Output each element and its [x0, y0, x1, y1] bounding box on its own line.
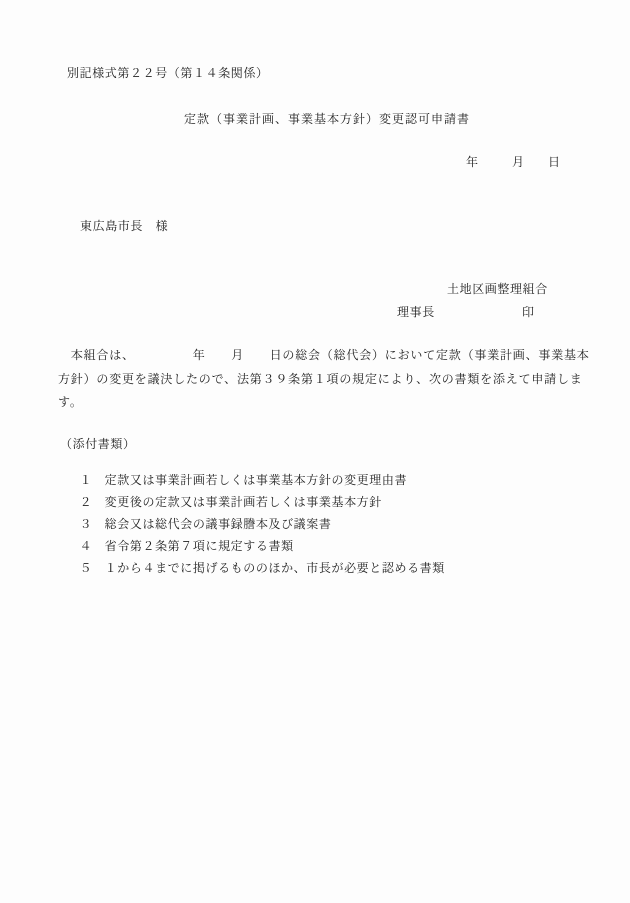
body-paragraph: 本組合は、 年 月 日の総会（総代会）において定款（事業計画、事業基本 方針）の…	[58, 344, 592, 415]
addressee: 東広島市長 様	[80, 219, 168, 233]
body-line: 本組合は、 年 月 日の総会（総代会）において定款（事業計画、事業基本	[58, 344, 592, 368]
applicant-role: 理事長	[397, 305, 435, 319]
body-line: す。	[58, 391, 592, 415]
date-line: 年 月 日	[0, 153, 630, 167]
document-page: 別記様式第２２号（第１４条関係） 定款（事業計画、事業基本方針）変更認可申請書 …	[0, 0, 630, 903]
document-title: 定款（事業計画、事業基本方針）変更認可申請書	[184, 112, 470, 126]
form-number: 別記様式第２２号（第１４条関係）	[67, 66, 269, 80]
date-day-label: 日	[548, 153, 561, 170]
attachments-heading: （添付書類）	[60, 437, 136, 451]
date-year-label: 年	[466, 153, 479, 170]
attachment-item-number: ５	[80, 561, 105, 575]
applicant-organization: 土地区画整理組合	[447, 282, 548, 296]
seal-mark: 印	[522, 305, 535, 319]
attachment-item: ５１から４までに掲げるもののほか、市長が必要と認める書類	[62, 547, 445, 589]
date-month-label: 月	[512, 153, 525, 170]
attachment-item-text: １から４までに掲げるもののほか、市長が必要と認める書類	[105, 561, 445, 575]
body-line: 方針）の変更を議決したので、法第３９条第１項の規定により、次の書類を添えて申請し…	[58, 368, 592, 392]
